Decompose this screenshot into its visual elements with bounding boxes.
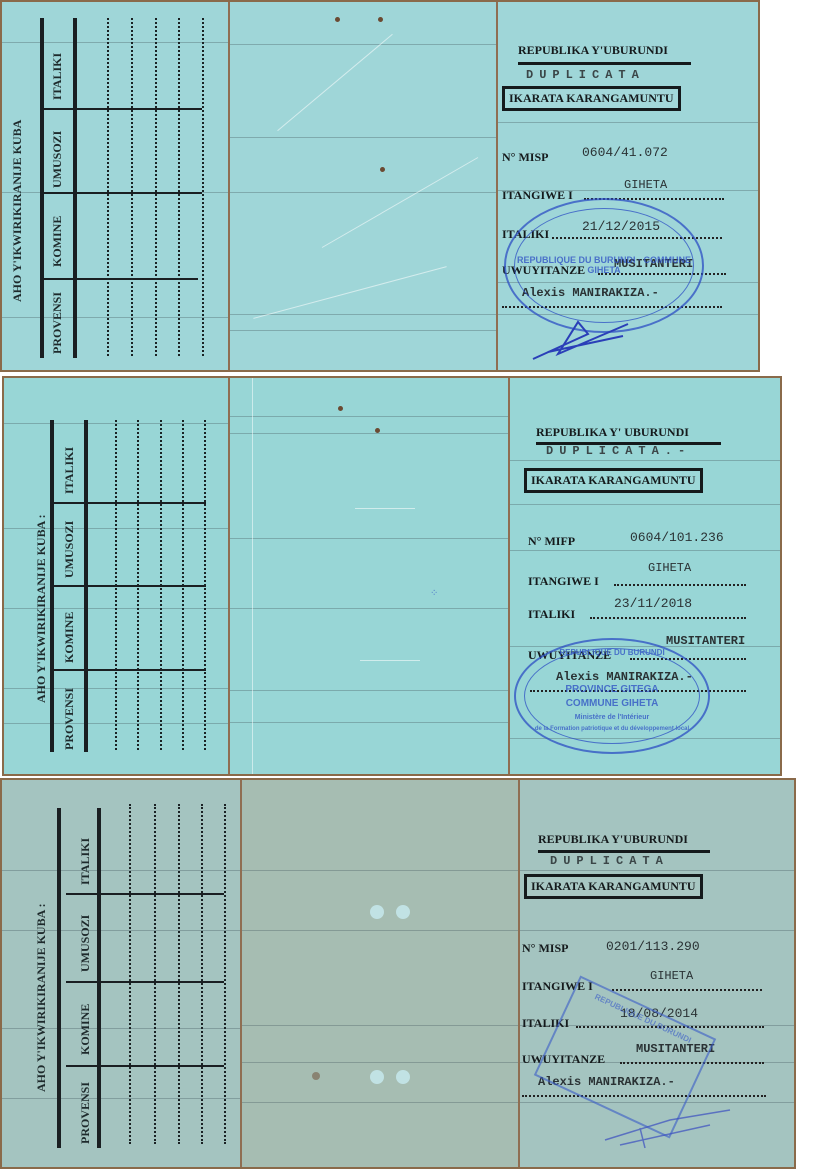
col-umusozi: UMUSOZI (50, 131, 65, 188)
duplicate-label: DUPLICATA (526, 68, 645, 82)
date-value: 23/11/2018 (614, 596, 692, 611)
number-label: N° MISP (502, 150, 548, 165)
duplicate-label: DUPLICATA.- (546, 444, 691, 458)
date-label: ITALIKI (528, 607, 575, 622)
registration-panel: AHO Y'IKWIRIKIRANIJE KUBA : PROVENSI KOM… (4, 378, 230, 774)
issued-at-label: ITANGIWE I (528, 574, 599, 589)
issued-at-value: GIHETA (648, 561, 691, 575)
registration-panel: AHO Y'IKWIRIKIRANIJE KUBA PROVENSI KOMIN… (2, 2, 230, 370)
front-panel: REPUBLIKA Y' UBURUNDI DUPLICATA.- IKARAT… (510, 378, 780, 774)
col-komine: KOMINE (78, 1004, 93, 1055)
card-title: IKARATA KARANGAMUNTU (524, 468, 703, 493)
col-italiki: ITALIKI (50, 53, 65, 100)
card-title: IKARATA KARANGAMUNTU (524, 874, 703, 899)
number-value: 0201/113.290 (606, 939, 700, 954)
col-komine: KOMINE (62, 612, 77, 663)
issued-at-value: GIHETA (650, 969, 693, 983)
id-card-1: AHO Y'IKWIRIKIRANIJE KUBA PROVENSI KOMIN… (0, 0, 760, 372)
id-card-2: AHO Y'IKWIRIKIRANIJE KUBA : PROVENSI KOM… (2, 376, 782, 776)
official-stamp: REPUBLIQUE DU BURUNDI · COMMUNE GIHETA (504, 198, 704, 333)
duplicate-label: DUPLICATA (550, 854, 669, 868)
front-panel: REPUBLIKA Y'UBURUNDI DUPLICATA IKARATA K… (498, 2, 758, 370)
front-panel: REPUBLIKA Y'UBURUNDI DUPLICATA IKARATA K… (520, 780, 794, 1167)
official-stamp: REPUBLIQUE DU BURUNDI PROVINCE GITEGA CO… (514, 638, 710, 754)
blank-inner-panel (230, 2, 498, 370)
number-label: N° MIFP (528, 534, 575, 549)
republic-heading: REPUBLIKA Y'UBURUNDI (518, 43, 668, 58)
registration-title: AHO Y'IKWIRIKIRANIJE KUBA : (34, 903, 49, 1092)
registration-panel: AHO Y'IKWIRIKIRANIJE KUBA : PROVENSI KOM… (2, 780, 242, 1167)
blank-inner-panel: ⁘ (230, 378, 510, 774)
col-umusozi: UMUSOZI (78, 915, 93, 972)
col-italiki: ITALIKI (62, 447, 77, 494)
republic-heading: REPUBLIKA Y'UBURUNDI (538, 832, 688, 847)
card-title: IKARATA KARANGAMUNTU (502, 86, 681, 111)
signature (528, 314, 638, 364)
col-italiki: ITALIKI (78, 838, 93, 885)
number-value: 0604/101.236 (630, 530, 724, 545)
blank-inner-panel (242, 780, 520, 1167)
col-provensi: PROVENSI (78, 1082, 93, 1144)
col-provensi: PROVENSI (62, 688, 77, 750)
col-komine: KOMINE (50, 216, 65, 267)
number-label: N° MISP (522, 941, 568, 956)
issuer-title: MUSITANTERI (666, 634, 745, 648)
registration-title: AHO Y'IKWIRIKIRANIJE KUBA (10, 120, 25, 302)
col-umusozi: UMUSOZI (62, 521, 77, 578)
issued-at-value: GIHETA (624, 178, 667, 192)
issued-at-label: ITANGIWE I (502, 188, 573, 203)
registration-title: AHO Y'IKWIRIKIRANIJE KUBA : (34, 514, 49, 703)
number-value: 0604/41.072 (582, 145, 668, 160)
col-provensi: PROVENSI (50, 292, 65, 354)
signature (600, 1100, 740, 1150)
republic-heading: REPUBLIKA Y' UBURUNDI (536, 425, 689, 440)
id-card-3: AHO Y'IKWIRIKIRANIJE KUBA : PROVENSI KOM… (0, 778, 796, 1169)
